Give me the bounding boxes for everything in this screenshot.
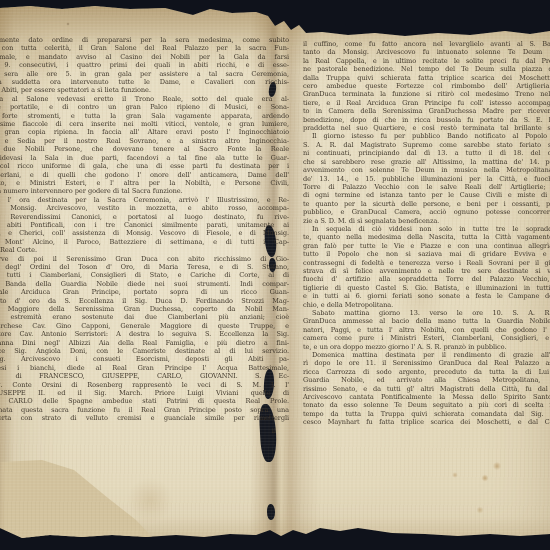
text-line: cesco Maynhart fu fatta triplice scarica… [303, 418, 550, 426]
text-line: Il giorno istesso fu per pubblico Bando … [303, 132, 550, 140]
text-line: benedizione, dopo di che in ricca bussol… [303, 116, 550, 124]
catchword: il [226, 427, 276, 435]
text-line: te quanto per la sicurtà delle persone, … [303, 200, 550, 208]
text-line: osi Abiti, per essere spettatori a sì li… [0, 86, 289, 94]
text-line: Marchese Cav. Gino Capponi, Generale Mag… [0, 322, 289, 330]
text-line: presi i bianchi, diede al Real Gran Prin… [0, 364, 289, 372]
scanned-document-photo: { "colors": { "background": "#0f121b", "… [0, 0, 550, 550]
text-line: esimale, e mandato avviso al Casino dei … [0, 53, 289, 61]
text-line: te, quanto nella medesima della Nascita,… [303, 233, 550, 241]
text-line: ento, e Ministri Esteri, e l' altra per … [0, 179, 289, 187]
text-line: in gran copia ripiena. In faccia all' Al… [0, 128, 289, 136]
text-line: minata questa sacra funzione fu il Real … [0, 406, 289, 414]
text-line: natore Cav. Antonio Serristori: A destra… [0, 330, 289, 338]
text-line: ai 9. consecutivi, i quattro primi dei q… [0, 61, 289, 69]
text-line: strava di sì felice avvenimento e nelle … [303, 267, 550, 275]
text-line: Torre di Palazzo Vecchio con le salve Re… [303, 183, 550, 191]
text-line: la Real Cappella, e in ultimo recitate l… [303, 57, 550, 65]
text-line: o, e Sedia per il nostro Real Sovrano, e… [0, 137, 289, 145]
text-line: mi di FRANCESCO, GIUSEPPE, CARLO, GIOVAN… [0, 372, 289, 380]
text-line: Guardia Nobile, ed arrivato alla Chiesa … [303, 376, 550, 384]
text-line: da tutti i Ciamberlani, Consiglieri di S… [0, 271, 289, 279]
text-line: In sequela di ciò viddesi non solo in tu… [303, 225, 550, 233]
text-line: di ogni termine ed istanza tanto per le … [303, 191, 550, 199]
ink-stain [267, 504, 275, 520]
text-line: cero ambedue queste Fortezze col rimbomb… [303, 82, 550, 90]
text-line: ni continuati, principiando dal dì 13. a… [303, 149, 550, 157]
text-line: operta con strato di velluto cremisi e g… [0, 414, 289, 422]
text-line: GIUSEPPE II. ed il Sig. March. Priore Lu… [0, 389, 289, 397]
text-line: de' 13. 14., e 15. pubbliche illuminazio… [303, 175, 550, 183]
text-line: tutto il Popolo che non si saziava mai d… [303, 250, 550, 258]
text-line: pubblico, e GranDucal Camera, acciò ognu… [303, 208, 550, 216]
text-line: to degl' Ordini del Toson d' Oro, di Mar… [0, 263, 289, 271]
text-line: ltissime fiaccole di cera inserite nei m… [0, 120, 289, 128]
text-line: gl' abiti Pontificali, con i tre Canonic… [0, 221, 289, 229]
text-line: lla Real Corte. [0, 246, 289, 254]
text-line: trice Sig. Angiola Doni, con le Camerist… [0, 347, 289, 355]
text-line: ccia al Salone vedevasi eretto il Trono … [0, 95, 289, 103]
text-line: contrassegni di fedeltà e tenerezza vers… [303, 259, 550, 267]
text-line: e in tutti ai 6. giorni feriati sono son… [303, 292, 550, 300]
text-line: mberlani, e di quelli che godono l' onor… [0, 171, 289, 179]
text-line: di Mont' Alcino, il Paroco, Battezziere … [0, 238, 289, 246]
text-line: tanto da Monsig. Arcivescovo fu intuonat… [303, 48, 550, 56]
text-line: no Maggiore della Serenissima Gran Duche… [0, 305, 289, 313]
right-page-text-column: il cuffino, come fu fatto ancora nel lev… [303, 40, 550, 432]
text-line: zie a S. D. M. di sì segnalata beneficen… [303, 217, 550, 225]
text-line: dalla Truppa quivi schierata fatta tripl… [303, 74, 550, 82]
text-line: Sabato mattina giorno 13. verso le ore 1… [303, 309, 550, 317]
text-line: are portatile, e di contro un gran Palco… [0, 103, 289, 111]
text-line: chio, e della Metropolitana. [303, 301, 550, 309]
text-line: GranDuca ammesse al bacio della mano tut… [303, 317, 550, 325]
text-line: ata l' ora destinata per la Sacra Ceremo… [0, 196, 289, 204]
text-line: la Banda della Guardia Nobile diede nei … [0, 280, 289, 288]
text-line: o con tutta celerità, il Gran Salone del… [0, 44, 289, 52]
text-line: natori, Paggi, e tutta l' altra Nobiltà,… [303, 326, 550, 334]
left-page-text-column: arimente dato ordine di prepararsi per l… [0, 36, 289, 428]
text-line: ovanna Dini negl' Albizzi Aia della Real… [0, 339, 289, 347]
text-line: to in Camera della Serenissima GranDuche… [303, 107, 550, 115]
text-line: arimente dato ordine di prepararsi per l… [0, 36, 289, 44]
text-line: tre Reverendissimi Canonici, e portatosi… [0, 213, 289, 221]
text-line: eri, e Cherici, coll' assistenza di Mons… [0, 229, 289, 237]
text-line: ran numero intervennero per godere di ta… [0, 187, 289, 195]
text-line: fuochi d' artifizio alla sopraddetta Tor… [303, 275, 550, 283]
text-line: dividevasi la Sala in due parti, facendo… [0, 154, 289, 162]
text-line: GranDuca terminata la funzione si ritirò… [303, 90, 550, 98]
text-line: Domenica mattina destinata per il rendim… [303, 351, 550, 359]
text-line: il cuffino, come fu fatto ancora nel lev… [303, 40, 550, 48]
text-line: Reale Arciduca Gran Principe, portato so… [0, 288, 289, 296]
text-line: e due Nobili Persone, che dovevano tener… [0, 145, 289, 153]
open-gazette-spread: arimente dato ordine di prepararsi per l… [0, 0, 550, 550]
text-line: ne pastorale benedizione. Nel tempo del … [303, 65, 550, 73]
text-line: tiere, e il Real Arciduca Gran Principe … [303, 99, 550, 107]
text-line: nsig. Arcivescovo i consueti Esorcismi, … [0, 355, 289, 363]
text-line: alla suddetta ora intervenuto tutte le D… [0, 78, 289, 86]
text-line: i forte stromenti, e tutta la gran Sala … [0, 112, 289, 120]
text-line: che si sarebbero rese grazie all' Altiss… [303, 158, 550, 166]
text-line: ricca Carrozza di sodo argento, precedut… [303, 368, 550, 376]
text-line: rì dopo le ore 11. il Serenissimo GranDu… [303, 359, 550, 367]
text-line: rissimo Senato, e da tutti gl' altri Mag… [303, 385, 550, 393]
text-line: la sera alle ore 5. in gran gala per ass… [0, 70, 289, 78]
text-line: te, e un ora doppo mezzo giorno l' A. S.… [303, 343, 550, 351]
text-line: camera come pure i Ministri Esteri, Ciam… [303, 334, 550, 342]
text-line: cui estremità erano sostenute dai due Ci… [0, 313, 289, 321]
text-line: tonato da esso solenne Te Deum seguitato… [303, 401, 550, 409]
text-line: tempo da tutta la Truppa quivi schierata… [303, 410, 550, 418]
text-line: i col ricco uniforme di gala, che una di… [0, 162, 289, 170]
text-line: Re CARLO delle Spagne ambedue stati Patr… [0, 397, 289, 405]
text-line: Sig. Conte Orsini di Rosenberg rappresen… [0, 381, 289, 389]
photo-background: arimente dato ordine di prepararsi per l… [0, 0, 550, 550]
text-line: Arcivescovo cantata Pontificalmente la M… [303, 393, 550, 401]
text-line: gran falò per tutte le Vie e Piazze e co… [303, 242, 550, 250]
text-line: parve di poi il Serenissimo Gran Duca co… [0, 255, 289, 263]
text-line: avvenimento con solenne Te Deum in music… [303, 166, 550, 174]
text-line: mo Monsig. Arcivescovo, vestito in mozze… [0, 204, 289, 212]
text-line: tiglierie di questo Castel S. Gio. Batis… [303, 284, 550, 292]
text-line: giato d' oro da S. Eccellenza il Sig. Du… [0, 297, 289, 305]
text-line: praddetta nel suo Quartiere, e così rest… [303, 124, 550, 132]
text-line: S. A. R. dal Magistrato Supremo come sar… [303, 141, 550, 149]
